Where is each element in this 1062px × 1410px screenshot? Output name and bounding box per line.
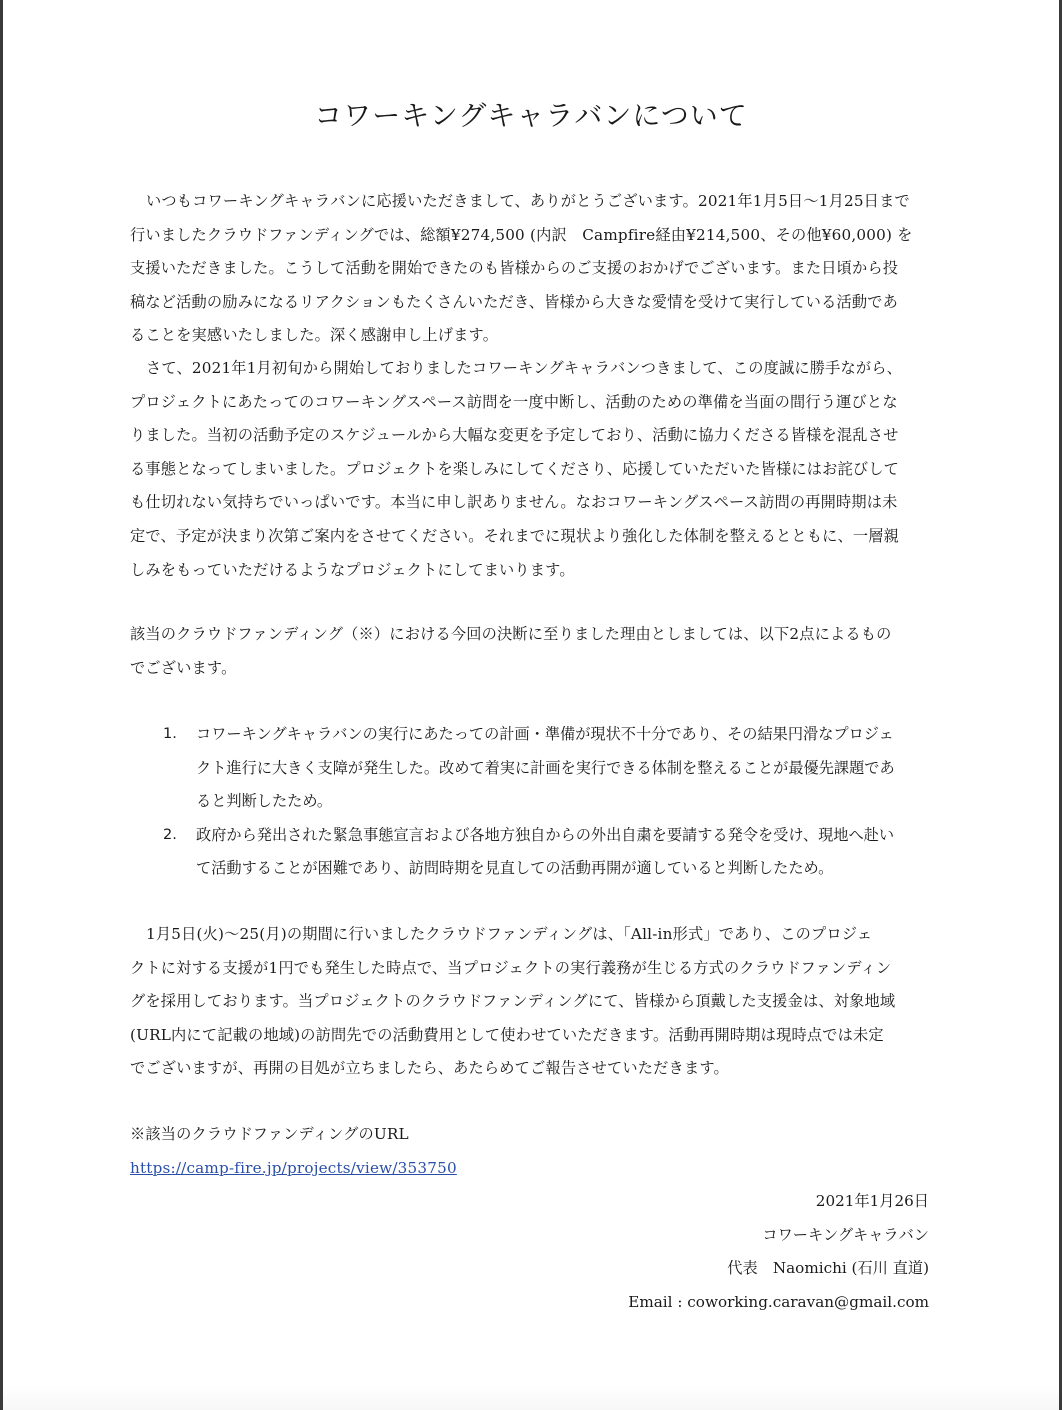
text-line: 定で、予定が決まり次第ご案内をさせてください。それまでに現状より強化した体制を整… (130, 520, 933, 554)
text-line: 1月5日(火)～25(月)の期間に行いましたクラウドファンディングは、「All-… (130, 918, 933, 952)
paragraph-suspension-notice: さて、2021年1月初旬から開始しておりましたコワーキングキャラバンつきまして、… (130, 352, 933, 587)
text-line: さて、2021年1月初旬から開始しておりましたコワーキングキャラバンつきまして、… (130, 352, 933, 386)
campfire-project-link[interactable]: https://camp-fire.jp/projects/view/35375… (130, 1159, 457, 1177)
signature-organization: コワーキングキャラバン (628, 1219, 929, 1253)
text-line: グを採用しております。当プロジェクトのクラウドファンディングにて、皆様から頂戴し… (130, 985, 933, 1019)
reason-item-2: 2. 政府から発出された緊急事態宣言および各地方独自からの外出自粛を要請する発令… (163, 819, 943, 886)
url-note-label: ※該当のクラウドファンディングのURL (130, 1118, 933, 1152)
signature-representative: 代表 Naomichi (石川 直道) (628, 1252, 929, 1286)
text-line: る事態となってしまいました。プロジェクトを楽しみにしてくださり、応援していただい… (130, 453, 933, 487)
text-line: (URL内にて記載の地域)の訪問先での活動費用として使わせていただきます。活動再… (130, 1019, 933, 1053)
text-line: でございます。 (130, 652, 933, 686)
text-line: クトに対する支援が1円でも発生した時点で、当プロジェクトの実行義務が生じる方式の… (130, 952, 933, 986)
text-line: て活動することが困難であり、訪問時期を見直しての活動再開が適していると判断したた… (196, 852, 943, 886)
url-note: ※該当のクラウドファンディングのURL https://camp-fire.jp… (130, 1118, 933, 1185)
text-line: しみをもっていただけるようなプロジェクトにしてまいります。 (130, 554, 933, 588)
text-line: 支援いただきました。こうして活動を開始できたのも皆様からのご支援のおかげでござい… (130, 252, 933, 286)
paragraph-reasons-intro: 該当のクラウドファンディング（※）における今回の決断に至りました理由としましては… (130, 618, 933, 685)
document-page: コワーキングキャラバンについて いつもコワーキングキャラバンに応援いただきまして… (3, 0, 1059, 1410)
signature-email: Email : coworking.caravan@gmail.com (628, 1286, 929, 1320)
text-line: ると判断したため。 (196, 785, 943, 819)
text-line: ることを実感いたしました。深く感謝申し上げます。 (130, 319, 933, 353)
document-title: コワーキングキャラバンについて (3, 96, 1059, 136)
text-line: でございますが、再開の目処が立ちましたら、あたらめてご報告させていただきます。 (130, 1052, 933, 1086)
text-line: いつもコワーキングキャラバンに応援いただきまして、ありがとうございます。2021… (130, 185, 933, 219)
text-line: 政府から発出された緊急事態宣言および各地方独自からの外出自粛を要請する発令を受け… (196, 819, 943, 853)
list-number: 2. (163, 819, 177, 853)
text-line: 該当のクラウドファンディング（※）における今回の決断に至りました理由としましては… (130, 618, 933, 652)
reasons-list: 1. コワーキングキャラバンの実行にあたっての計画・準備が現状不十分であり、その… (163, 718, 943, 886)
text-line: りました。当初の活動予定のスケジュールから大幅な変更を予定しており、活動に協力く… (130, 419, 933, 453)
text-line: コワーキングキャラバンの実行にあたっての計画・準備が現状不十分であり、その結果円… (196, 718, 943, 752)
text-line: 稿など活動の励みになるリアクションもたくさんいただき、皆様から大きな愛情を受けて… (130, 286, 933, 320)
text-line: クト進行に大きく支障が発生した。改めて着実に計画を実行できる体制を整えることが最… (196, 752, 943, 786)
reason-item-1: 1. コワーキングキャラバンの実行にあたっての計画・準備が現状不十分であり、その… (163, 718, 943, 819)
text-line: 行いましたクラウドファンディングでは、総額¥274,500 (内訳 Campfi… (130, 219, 933, 253)
signature-date: 2021年1月26日 (628, 1185, 929, 1219)
text-line: も仕切れない気持ちでいっぱいです。本当に申し訳ありません。なおコワーキングスペー… (130, 486, 933, 520)
list-number: 1. (163, 718, 177, 752)
text-line: プロジェクトにあたってのコワーキングスペース訪問を一度中断し、活動のための準備を… (130, 386, 933, 420)
paragraph-funding-usage: 1月5日(火)～25(月)の期間に行いましたクラウドファンディングは、「All-… (130, 918, 933, 1086)
paragraph-thanks: いつもコワーキングキャラバンに応援いただきまして、ありがとうございます。2021… (130, 185, 933, 353)
signature-block: 2021年1月26日 コワーキングキャラバン 代表 Naomichi (石川 直… (628, 1185, 929, 1319)
